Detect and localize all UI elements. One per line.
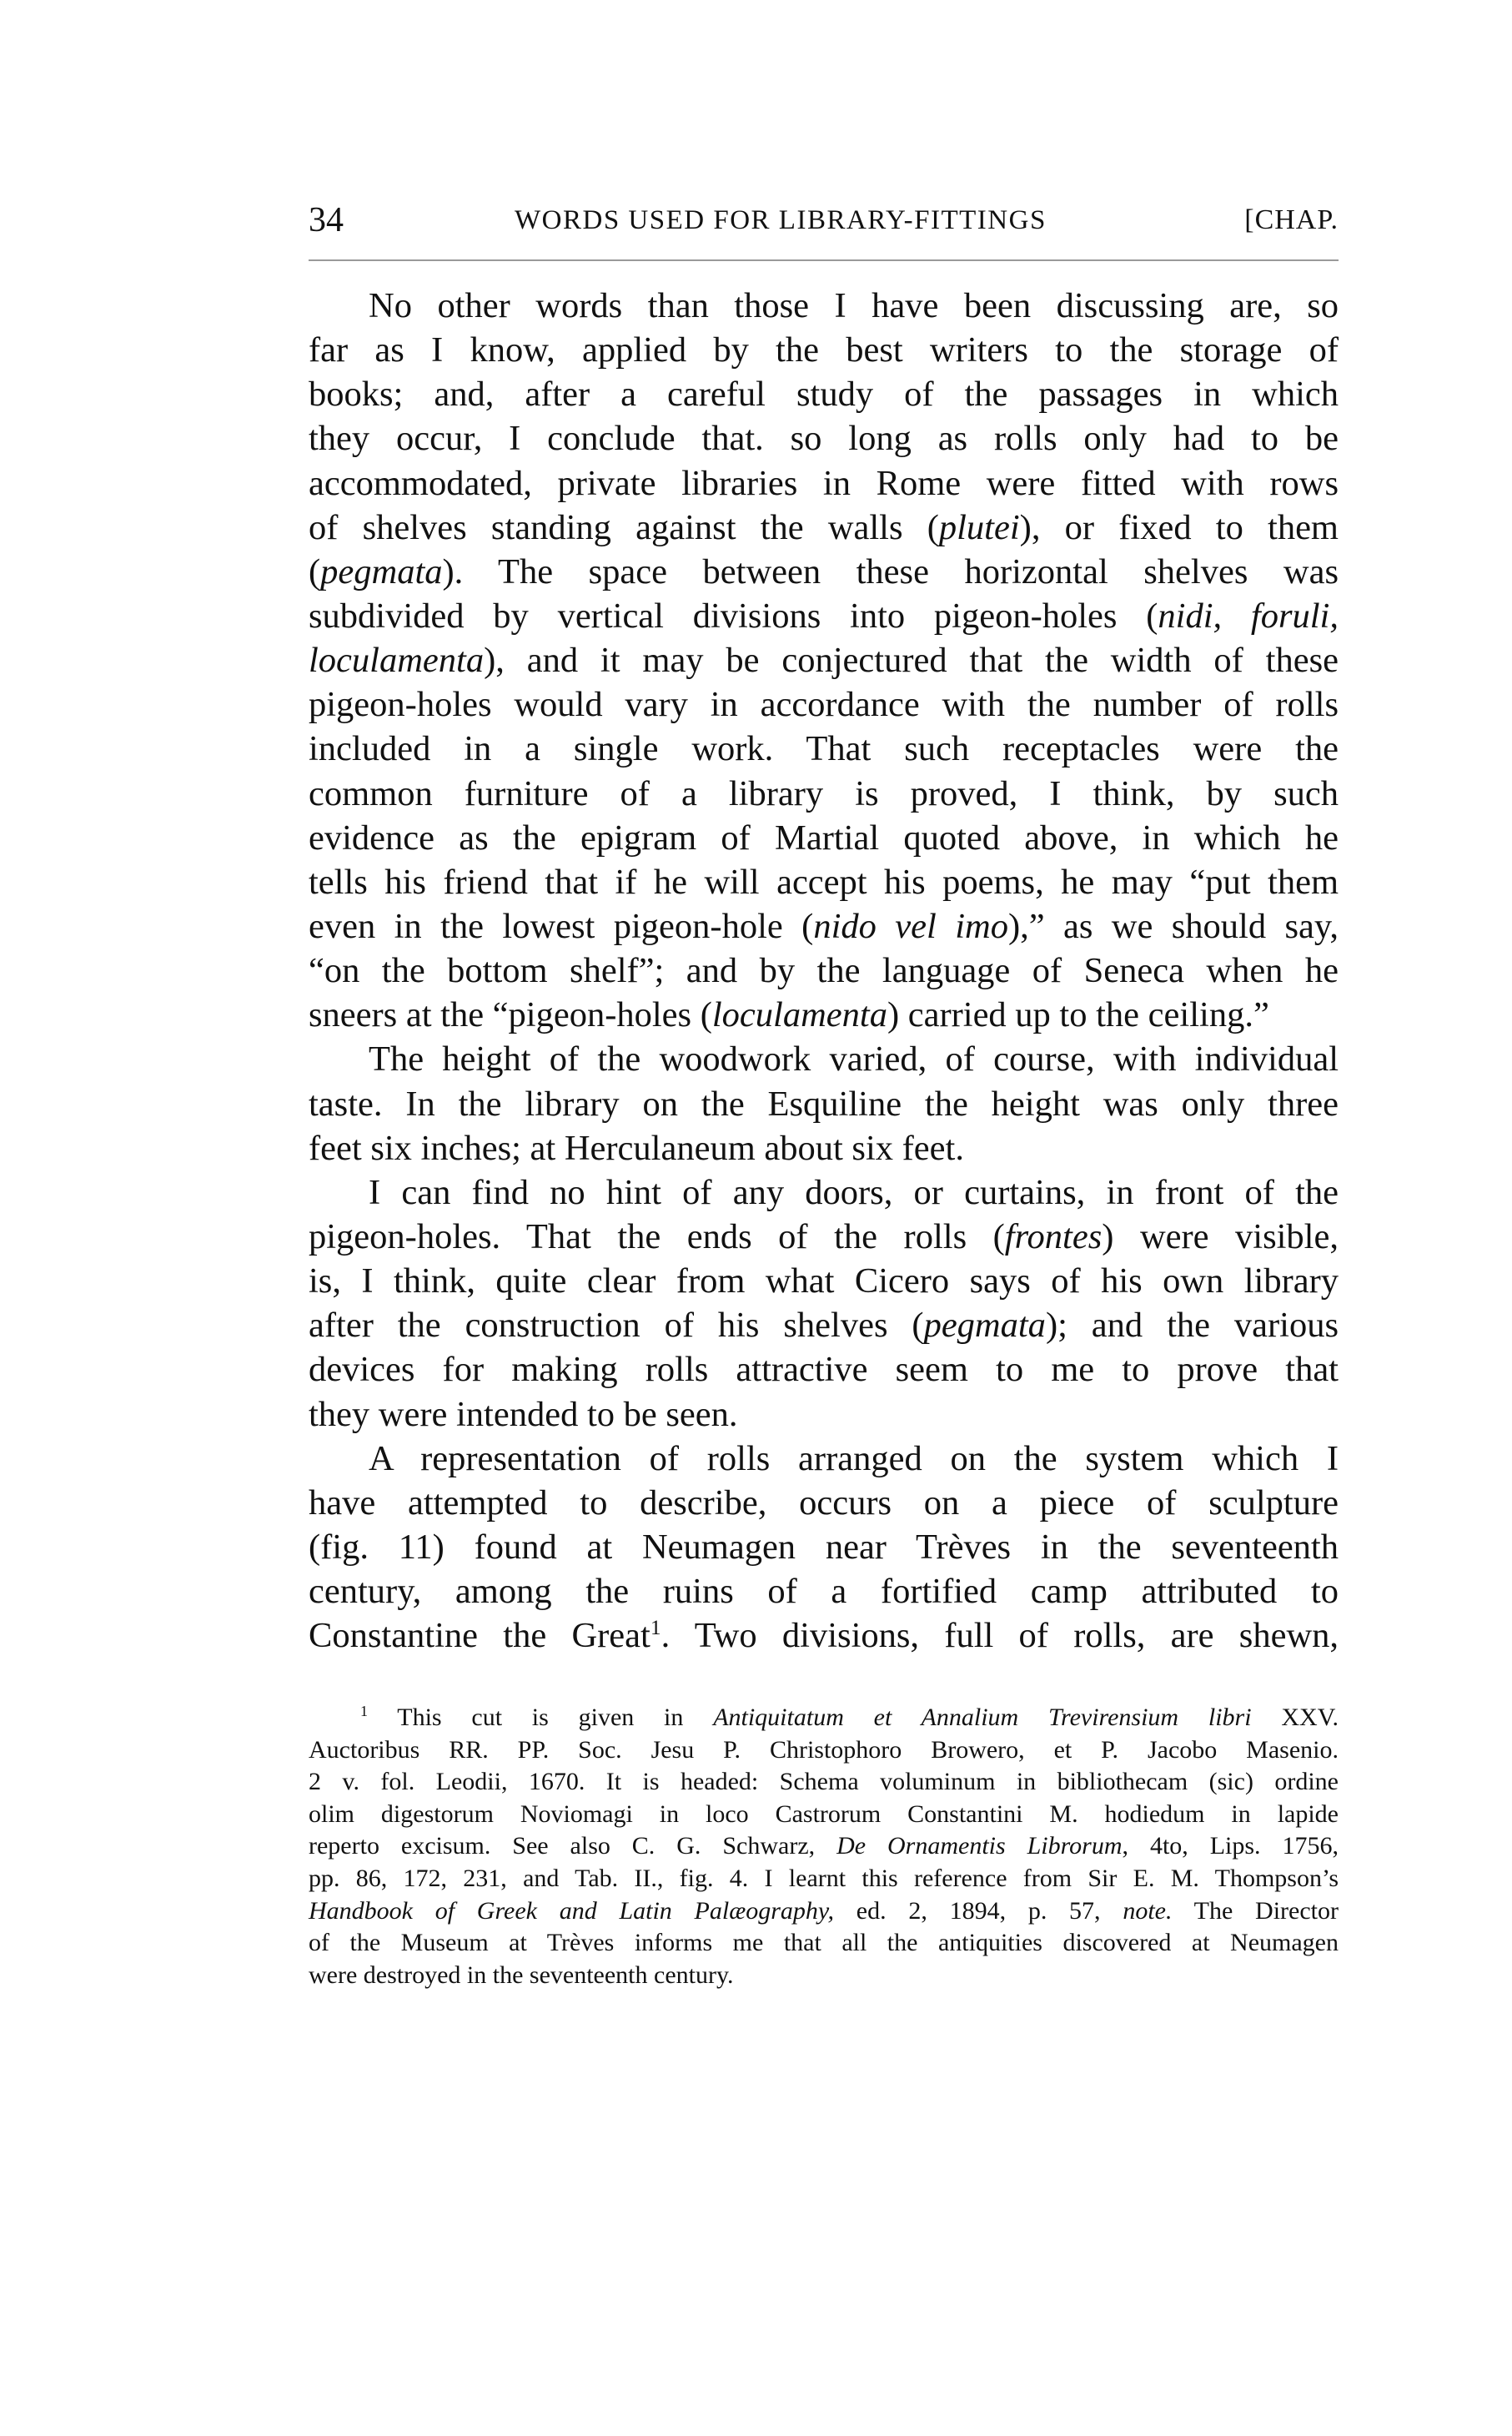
- italic-term: nidi, foruli,: [1158, 596, 1339, 636]
- text-line: feet six inches; at Herculaneum about si…: [309, 1126, 1339, 1170]
- text-line: (fig. 11) found at Neumagen near Trèves …: [309, 1525, 1339, 1569]
- italic-term: nido vel imo: [813, 907, 1008, 946]
- text-line: I can find no hint of any doors, or curt…: [309, 1170, 1339, 1215]
- text-line: century, among the ruins of a fortified …: [309, 1569, 1339, 1613]
- body-text: No other words than those I have been di…: [309, 284, 1339, 1658]
- text-line: No other words than those I have been di…: [309, 284, 1339, 328]
- footnote-line: reperto excisum. See also C. G. Schwarz,…: [309, 1830, 1339, 1863]
- italic-term: loculamenta: [309, 641, 484, 680]
- text-line: common furniture of a library is proved,…: [309, 772, 1339, 816]
- text-line: pigeon-holes. That the ends of the rolls…: [309, 1215, 1339, 1259]
- text-line: included in a single work. That such rec…: [309, 727, 1339, 771]
- footnote-line: of the Museum at Trèves informs me that …: [309, 1927, 1339, 1960]
- footnote-line: 1 This cut is given in Antiquitatum et A…: [309, 1702, 1339, 1734]
- footnote-line: 2 v. fol. Leodii, 1670. It is headed: Sc…: [309, 1766, 1339, 1799]
- text-line: even in the lowest pigeon-hole (nido vel…: [309, 904, 1339, 949]
- text-line: “on the bottom shelf”; and by the langua…: [309, 949, 1339, 993]
- footnote-line: pp. 86, 172, 231, and Tab. II., fig. 4. …: [309, 1863, 1339, 1895]
- book-page: 34 WORDS USED FOR LIBRARY-FITTINGS [CHAP…: [0, 0, 1512, 2436]
- italic-title: De Ornamentis Librorum: [836, 1832, 1122, 1860]
- text-line: taste. In the library on the Esquiline t…: [309, 1082, 1339, 1126]
- italic-note: note.: [1123, 1897, 1172, 1925]
- footnote-line: were destroyed in the seventeenth centur…: [309, 1960, 1339, 1992]
- italic-term: plutei: [939, 508, 1020, 547]
- text-line: The height of the woodwork varied, of co…: [309, 1037, 1339, 1081]
- text-line: devices for making rolls attractive seem…: [309, 1347, 1339, 1392]
- text-line: books; and, after a careful study of the…: [309, 372, 1339, 416]
- italic-term: frontes: [1005, 1217, 1102, 1256]
- footnote-marker: 1: [360, 1703, 368, 1719]
- text-line: loculamenta), and it may be conjectured …: [309, 638, 1339, 682]
- text-line: (pegmata). The space between these horiz…: [309, 550, 1339, 594]
- text-line: tells his friend that if he will accept …: [309, 860, 1339, 904]
- text-line: they occur, I conclude that. so long as …: [309, 416, 1339, 461]
- text-line: accommodated, private libraries in Rome …: [309, 461, 1339, 506]
- text-line: they were intended to be seen.: [309, 1392, 1339, 1437]
- text-line: far as I know, applied by the best write…: [309, 328, 1339, 372]
- text-line: Constantine the Great1. Two divisions, f…: [309, 1613, 1339, 1658]
- header-rule: [309, 259, 1339, 261]
- italic-title: Antiquitatum et Annalium Trevirensium li…: [713, 1704, 1251, 1731]
- italic-term: loculamenta: [712, 995, 887, 1034]
- footnote-reference[interactable]: 1: [651, 1615, 661, 1639]
- italic-term: pegmata: [924, 1306, 1046, 1345]
- text-line: of shelves standing against the walls (p…: [309, 506, 1339, 550]
- chapter-marker: [CHAP.: [1244, 199, 1339, 242]
- text-line: after the construction of his shelves (p…: [309, 1303, 1339, 1347]
- footnote: 1 This cut is given in Antiquitatum et A…: [309, 1702, 1339, 1991]
- text-line: have attempted to describe, occurs on a …: [309, 1481, 1339, 1525]
- text-line: is, I think, quite clear from what Cicer…: [309, 1259, 1339, 1303]
- footnote-line: Handbook of Greek and Latin Palæography,…: [309, 1895, 1339, 1928]
- italic-term: pegmata: [320, 552, 442, 591]
- text-line: A representation of rolls arranged on th…: [309, 1437, 1339, 1481]
- footnote-line: olim digestorum Noviomagi in loco Castro…: [309, 1799, 1339, 1831]
- text-line: sneers at the “pigeon-holes (loculamenta…: [309, 993, 1339, 1037]
- page-number: 34: [309, 199, 344, 242]
- footnote-line: Auctoribus RR. PP. Soc. Jesu P. Christop…: [309, 1734, 1339, 1767]
- text-line: subdivided by vertical divisions into pi…: [309, 594, 1339, 638]
- running-title: WORDS USED FOR LIBRARY-FITTINGS: [515, 199, 1047, 242]
- italic-title: Handbook of Greek and Latin Palæography,: [309, 1897, 834, 1925]
- text-line: evidence as the epigram of Martial quote…: [309, 816, 1339, 860]
- running-head: 34 WORDS USED FOR LIBRARY-FITTINGS [CHAP…: [309, 199, 1339, 242]
- text-line: pigeon-holes would vary in accordance wi…: [309, 682, 1339, 727]
